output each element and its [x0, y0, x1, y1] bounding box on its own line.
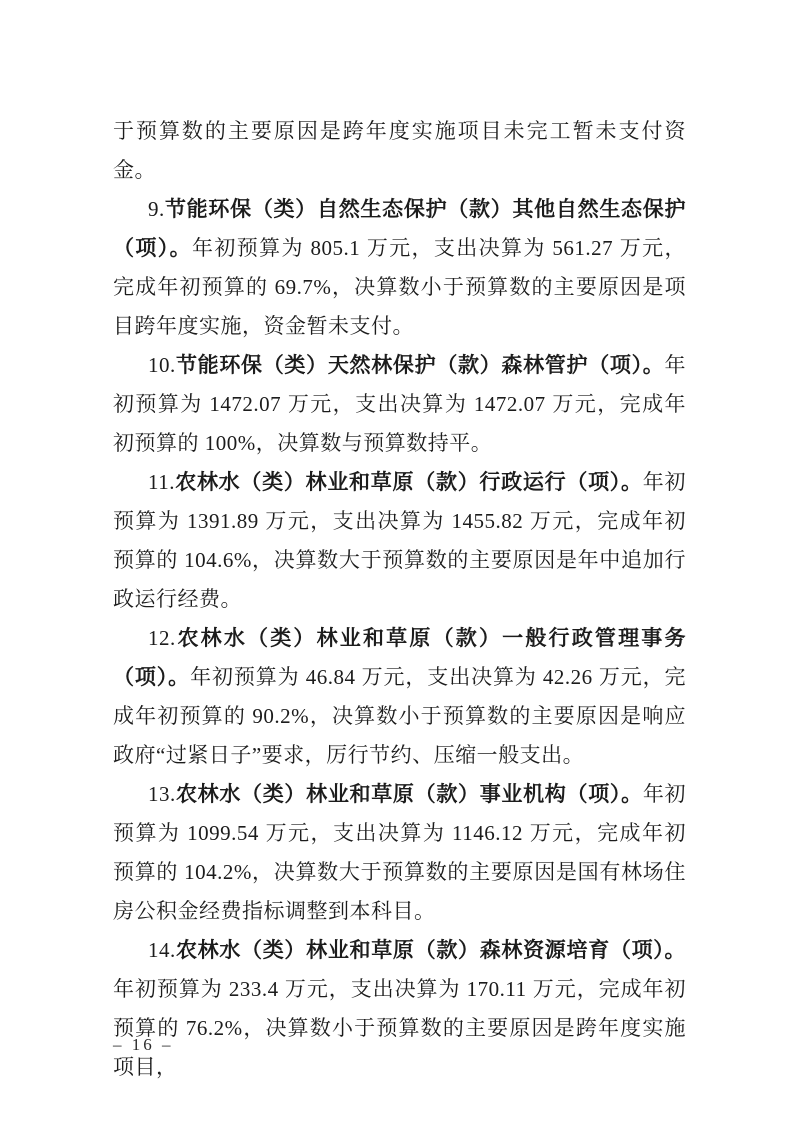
page-body-text: 于预算数的主要原因是跨年度实施项目未完工暂未支付资金。 9.节能环保（类）自然生…: [113, 112, 686, 1087]
item-12-body: 年初预算为 46.84 万元，支出决算为 42.26 万元，完成年初预算的 90…: [113, 665, 686, 767]
item-14-number: 14.: [148, 938, 176, 962]
paragraph-continuation: 于预算数的主要原因是跨年度实施项目未完工暂未支付资金。: [113, 112, 686, 190]
budget-item-14: 14.农林水（类）林业和草原（款）森林资源培育（项）。年初预算为 233.4 万…: [113, 931, 686, 1087]
item-13-number: 13.: [148, 782, 176, 806]
item-11-heading: 农林水（类）林业和草原（款）行政运行（项）。: [175, 470, 643, 494]
budget-item-11: 11.农林水（类）林业和草原（款）行政运行（项）。年初预算为 1391.89 万…: [113, 463, 686, 619]
page-number: – 16 –: [113, 1034, 174, 1056]
item-14-body: 年初预算为 233.4 万元，支出决算为 170.11 万元，完成年初预算的 7…: [113, 977, 686, 1079]
item-12-number: 12.: [148, 626, 176, 650]
item-9-number: 9.: [148, 197, 165, 221]
budget-item-9: 9.节能环保（类）自然生态保护（款）其他自然生态保护（项）。年初预算为 805.…: [113, 190, 686, 346]
item-11-number: 11.: [148, 470, 175, 494]
item-10-heading: 节能环保（类）天然林保护（款）森林管护（项）。: [176, 353, 665, 377]
document-page: 于预算数的主要原因是跨年度实施项目未完工暂未支付资金。 9.节能环保（类）自然生…: [0, 0, 793, 1122]
item-9-body: 年初预算为 805.1 万元，支出决算为 561.27 万元，完成年初预算的 6…: [113, 236, 686, 338]
item-14-heading: 农林水（类）林业和草原（款）森林资源培育（项）。: [176, 938, 686, 962]
budget-item-13: 13.农林水（类）林业和草原（款）事业机构（项）。年初预算为 1099.54 万…: [113, 775, 686, 931]
item-10-number: 10.: [148, 353, 176, 377]
budget-item-10: 10.节能环保（类）天然林保护（款）森林管护（项）。年初预算为 1472.07 …: [113, 346, 686, 463]
item-13-heading: 农林水（类）林业和草原（款）事业机构（项）。: [176, 782, 643, 806]
budget-item-12: 12.农林水（类）林业和草原（款）一般行政管理事务（项）。年初预算为 46.84…: [113, 619, 686, 775]
